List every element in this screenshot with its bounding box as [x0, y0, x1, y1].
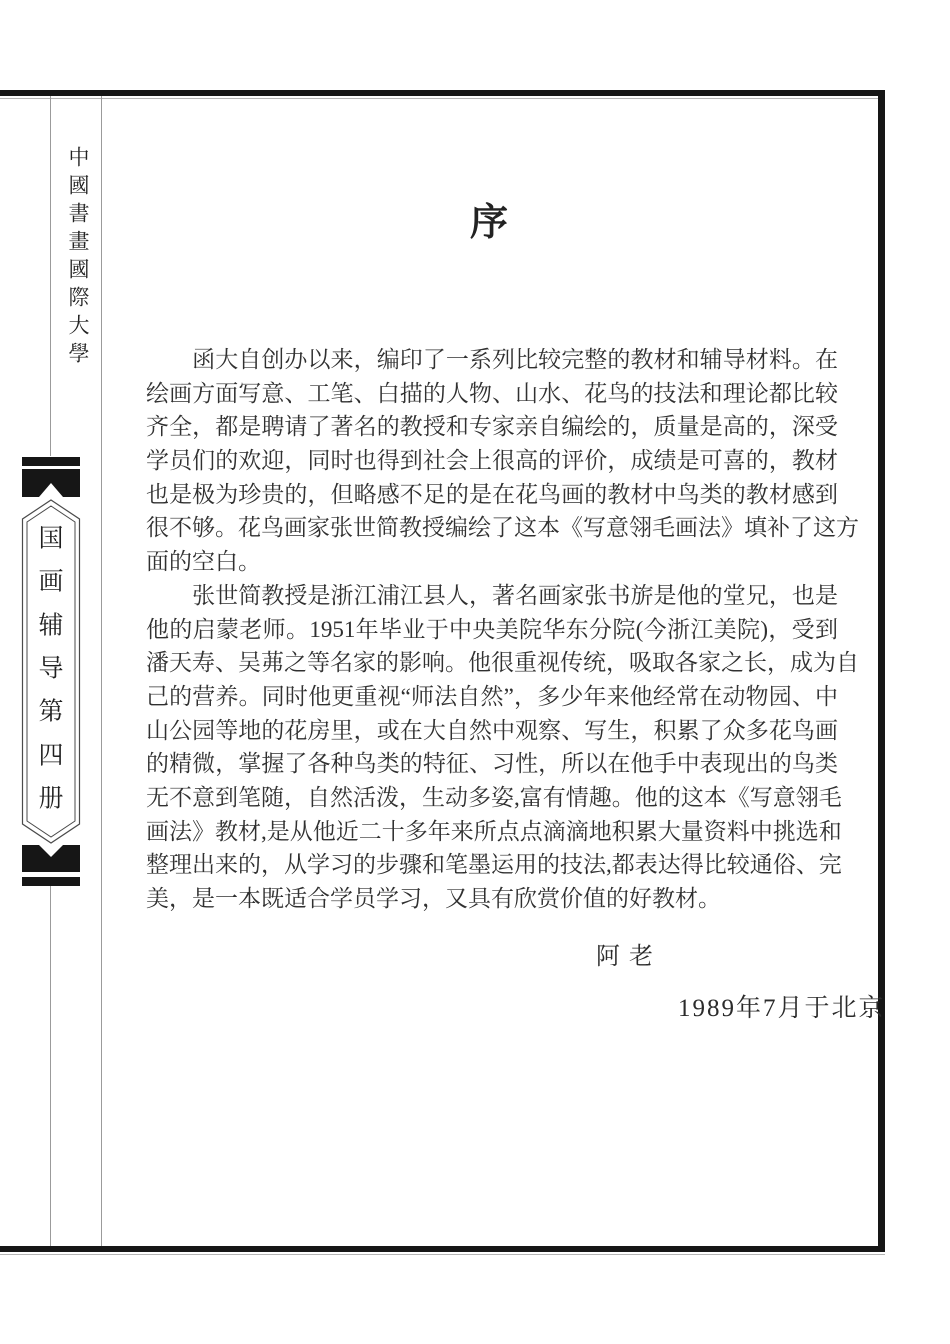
- body-line: 很不够。花鸟画家张世简教授编绘了这本《写意翎毛画法》填补了这方: [146, 511, 838, 545]
- body-line: 齐全，都是聘请了著名的教授和专家亲自编绘的，质量是高的，深受: [146, 410, 838, 444]
- body-line: 张世简教授是浙江浦江县人，著名画家张书旂是他的堂兄，也是: [146, 579, 838, 613]
- scanned-book-page: 中國書畫國際大學 国 画 辅 导 第 四 册 序 函大自创办以来，编印了一系列比…: [0, 0, 950, 1344]
- dateline: 1989年7月于北京: [678, 988, 886, 1024]
- body-line: 也是极为珍贵的，但略感不足的是在花鸟画的教材中鸟类的教材感到: [146, 478, 838, 512]
- emblem-label-char: 导: [38, 655, 63, 683]
- emblem-label-char: 册: [38, 786, 63, 813]
- page-frame-right-border: [878, 90, 885, 1252]
- emblem-label-char: 第: [38, 698, 63, 726]
- sidebar-center-rule-lower: [50, 886, 51, 1246]
- body-line: 的精微，掌握了各种鸟类的特征、习性，所以在他手中表现出的鸟类: [146, 747, 838, 781]
- page-frame-bottom-shadow-line: [0, 1254, 885, 1255]
- emblem-label-char: 国: [38, 526, 63, 553]
- body-line: 他的启蒙老师。1951年毕业于中央美院华东分院(今浙江美院)，受到: [146, 613, 838, 647]
- emblem-label-char: 画: [38, 569, 63, 596]
- emblem-label-char: 四: [38, 743, 63, 770]
- body-line: 面的空白。: [146, 545, 838, 579]
- emblem-top-ribbon: [22, 469, 80, 497]
- page-frame-bottom-border: [0, 1246, 885, 1252]
- page-frame-top-shadow-line: [0, 98, 885, 99]
- emblem-label-char: 辅: [38, 612, 63, 640]
- emblem-bottom-bar: [22, 877, 80, 886]
- sidebar-university-label: 中國書畫國際大學: [63, 146, 93, 370]
- page-frame-top-border: [0, 90, 885, 96]
- emblem-bottom-ribbon: [22, 845, 80, 872]
- series-emblem: 国 画 辅 导 第 四 册: [20, 453, 82, 889]
- emblem-top-bar: [22, 457, 80, 466]
- body-line: 绘画方面写意、工笔、白描的人物、山水、花鸟的技法和理论都比较: [146, 377, 838, 411]
- body-line: 山公园等地的花房里，或在大自然中观察、写生，积累了众多花鸟画: [146, 714, 838, 748]
- body-line: 己的营养。同时他更重视“师法自然”，多少年来他经常在动物园、中: [146, 680, 838, 714]
- signature: 阿老: [596, 936, 662, 971]
- body-line: 画法》教材,是从他近二十多年来所点点滴滴地积累大量资料中挑选和: [146, 815, 838, 849]
- sidebar-divider-rule: [101, 96, 102, 1246]
- body-line: 整理出来的，从学习的步骤和笔墨运用的技法,都表达得比较通俗、完: [146, 848, 838, 882]
- body-line: 学员们的欢迎，同时也得到社会上很高的评价，成绩是可喜的，教材: [146, 444, 838, 478]
- sidebar-center-rule-upper: [50, 96, 51, 456]
- body-line: 潘天寿、吴茀之等名家的影响。他很重视传统，吸取各家之长，成为自: [146, 646, 838, 680]
- body-line: 函大自创办以来，编印了一系列比较完整的教材和辅导材料。在: [146, 343, 838, 377]
- body-line: 无不意到笔随，自然活泼，生动多姿,富有情趣。他的这本《写意翎毛: [146, 781, 838, 815]
- preface-body: 函大自创办以来，编印了一系列比较完整的教材和辅导材料。在 绘画方面写意、工笔、白…: [146, 343, 838, 916]
- body-line: 美，是一本既适合学员学习，又具有欣赏价值的好教材。: [146, 882, 838, 916]
- page-title: 序: [102, 191, 878, 246]
